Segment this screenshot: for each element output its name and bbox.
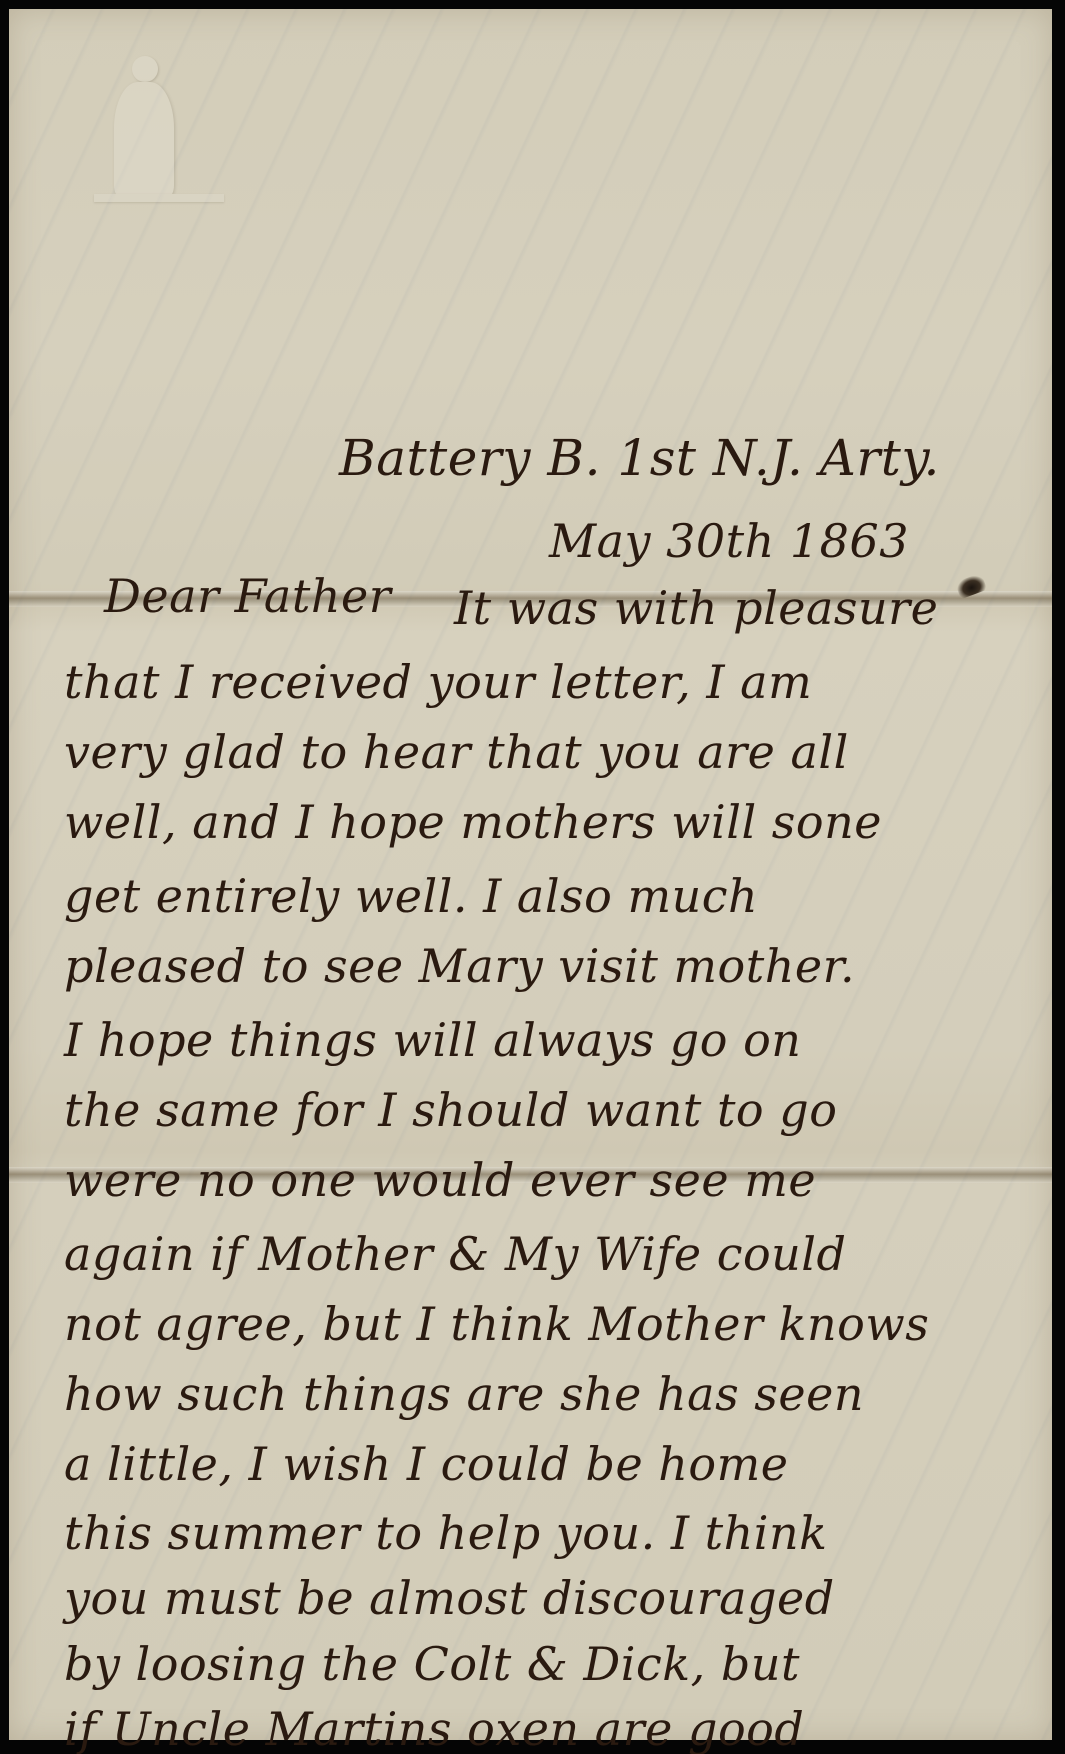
letter-line: get entirely well. I also much	[64, 869, 758, 923]
emboss-body	[114, 82, 174, 197]
letter-line: were no one would ever see me	[64, 1153, 816, 1207]
letter-line: not agree, but I think Mother knows	[64, 1297, 929, 1351]
letter-line: that I received your letter, I am	[64, 655, 812, 709]
letter-line: if Uncle Martins oxen are good	[64, 1702, 804, 1754]
letter-line: very glad to hear that you are all	[64, 725, 849, 779]
emboss-head	[132, 56, 158, 82]
letter-line: how such things are she has seen	[64, 1367, 864, 1421]
letter-salutation: Dear Father	[104, 569, 391, 623]
letter-line: a little, I wish I could be home	[64, 1437, 788, 1491]
emboss-base	[94, 194, 224, 202]
letter-line: It was with pleasure	[454, 581, 938, 635]
embossed-stationery-figure-icon	[94, 44, 204, 214]
letter-location: Battery B. 1st N.J. Arty.	[339, 429, 940, 487]
letter-line: the same for I should want to go	[64, 1083, 837, 1137]
letter-page: Battery B. 1st N.J. Arty. May 30th 1863 …	[9, 9, 1052, 1740]
letter-date: May 30th 1863	[549, 514, 909, 568]
letter-line: by loosing the Colt & Dick, but	[64, 1637, 800, 1691]
letter-line: well, and I hope mothers will sone	[64, 795, 882, 849]
letter-line: I hope things will always go on	[64, 1013, 801, 1067]
letter-line: pleased to see Mary visit mother.	[64, 939, 855, 993]
letter-line: again if Mother & My Wife could	[64, 1227, 846, 1281]
letter-line: you must be almost discouraged	[64, 1571, 835, 1625]
letter-line: this summer to help you. I think	[64, 1506, 827, 1560]
